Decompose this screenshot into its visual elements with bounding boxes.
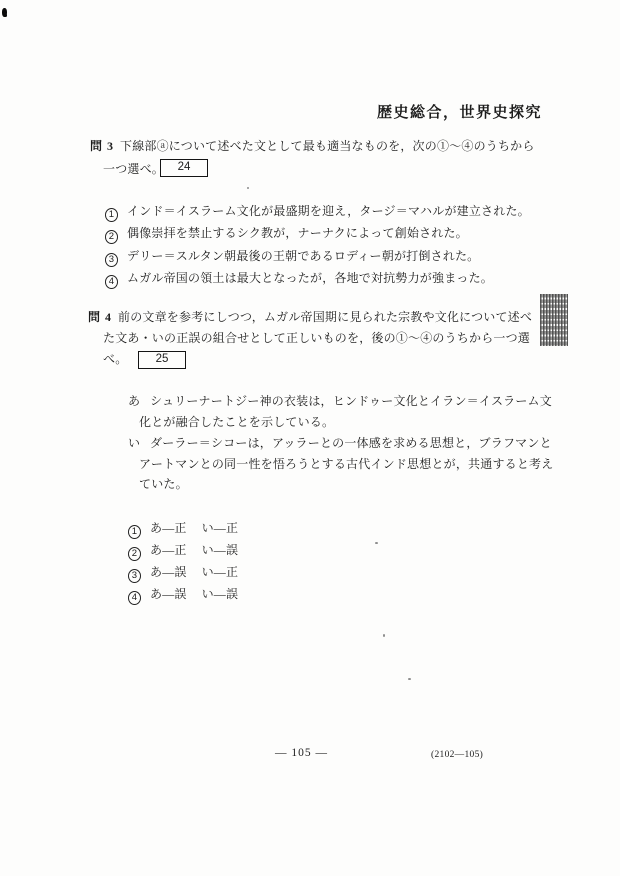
choice-text: インド＝イスラーム文化が最盛期を迎え，タージ＝マハルが建立された。 <box>127 204 530 218</box>
q3-answer-box: 24 <box>160 159 208 177</box>
choice-text: ムガル帝国の領土は最大となったが，各地で対抗勢力が強まった。 <box>127 271 493 285</box>
q4-body-line2: た文あ・いの正誤の組合せとして正しいものを，後の①～④のうちから一つ選 <box>103 331 530 346</box>
statement-a-line1: シュリーナートジー神の衣装は，ヒンドゥー文化とイラン＝イスラーム文 <box>150 394 552 409</box>
statement-i-line2: アートマンとの同一性を悟ろうとする古代インド思想とが，共通すると考え <box>139 457 553 472</box>
scan-speck <box>247 187 249 189</box>
page-title: 歴史総合，世界史探究 <box>377 106 542 121</box>
statement-a-marker: あ <box>128 394 140 409</box>
option-i-value: い―誤 <box>202 587 239 601</box>
option-i-value: い―正 <box>202 565 239 579</box>
scan-speck <box>383 634 385 637</box>
option-number-icon: 4 <box>128 591 141 605</box>
exam-page: 歴史総合，世界史探究 問 3 下線部ⓐについて述べた文として最も適当なものを，次… <box>0 0 620 876</box>
ink-blot <box>4 14 7 17</box>
scan-speck <box>408 678 411 680</box>
q4-option-row: 2あ―正い―誤 <box>128 541 238 561</box>
option-number-icon: 2 <box>128 547 141 561</box>
scan-speck <box>375 542 378 544</box>
choice-text: デリー＝スルタン朝最後の王朝であるロディー朝が打倒された。 <box>127 249 479 263</box>
option-i-value: い―正 <box>202 521 239 535</box>
illegible-margin-stamp <box>540 294 568 346</box>
q4-option-row: 1あ―正い―正 <box>128 519 238 539</box>
booklet-code: (2102―105) <box>431 748 483 763</box>
q3-body-line2: 一つ選べ。 <box>103 162 164 177</box>
q4-body-line3: べ。 <box>103 352 127 367</box>
choice-number-icon: 1 <box>105 208 118 222</box>
page-number: ― 105 ― <box>275 746 328 761</box>
q3-choice-row: 2偶像崇拝を禁止するシク教が，ナーナクによって創始された。 <box>105 224 468 244</box>
q4-body-line1: 前の文章を参考にしつつ，ムガル帝国期に見られた宗教や文化について述べ <box>118 310 532 325</box>
q4-answer-box: 25 <box>138 351 186 369</box>
option-a-value: あ―正 <box>150 519 187 536</box>
choice-text: 偶像崇拝を禁止するシク教が，ナーナクによって創始された。 <box>127 226 468 240</box>
choice-number-icon: 4 <box>105 275 118 289</box>
option-a-value: あ―誤 <box>150 585 187 602</box>
q4-option-row: 4あ―誤い―誤 <box>128 585 238 605</box>
statement-i-marker: い <box>128 436 140 451</box>
q3-choice-row: 1インド＝イスラーム文化が最盛期を迎え，タージ＝マハルが建立された。 <box>105 202 530 222</box>
option-a-value: あ―誤 <box>150 563 187 580</box>
option-number-icon: 1 <box>128 525 141 539</box>
statement-i-line3: ていた。 <box>139 477 188 492</box>
q3-choice-row: 3デリー＝スルタン朝最後の王朝であるロディー朝が打倒された。 <box>105 247 479 267</box>
statement-a-line2: 化とが融合したことを示している。 <box>139 415 334 430</box>
choice-number-icon: 3 <box>105 253 118 267</box>
option-number-icon: 3 <box>128 569 141 583</box>
q3-choice-row: 4ムガル帝国の領土は最大となったが，各地で対抗勢力が強まった。 <box>105 269 493 289</box>
statement-i-line1: ダーラー＝シコーは，アッラーとの一体感を求める思想と，ブラフマンと <box>150 436 552 451</box>
q4-option-row: 3あ―誤い―正 <box>128 563 238 583</box>
q3-label: 問 3 <box>90 139 114 154</box>
option-i-value: い―誤 <box>202 543 239 557</box>
choice-number-icon: 2 <box>105 230 118 244</box>
option-a-value: あ―正 <box>150 541 187 558</box>
q3-body-line1: 下線部ⓐについて述べた文として最も適当なものを，次の①～④のうちから <box>120 139 535 154</box>
q4-label: 問 4 <box>88 310 112 325</box>
